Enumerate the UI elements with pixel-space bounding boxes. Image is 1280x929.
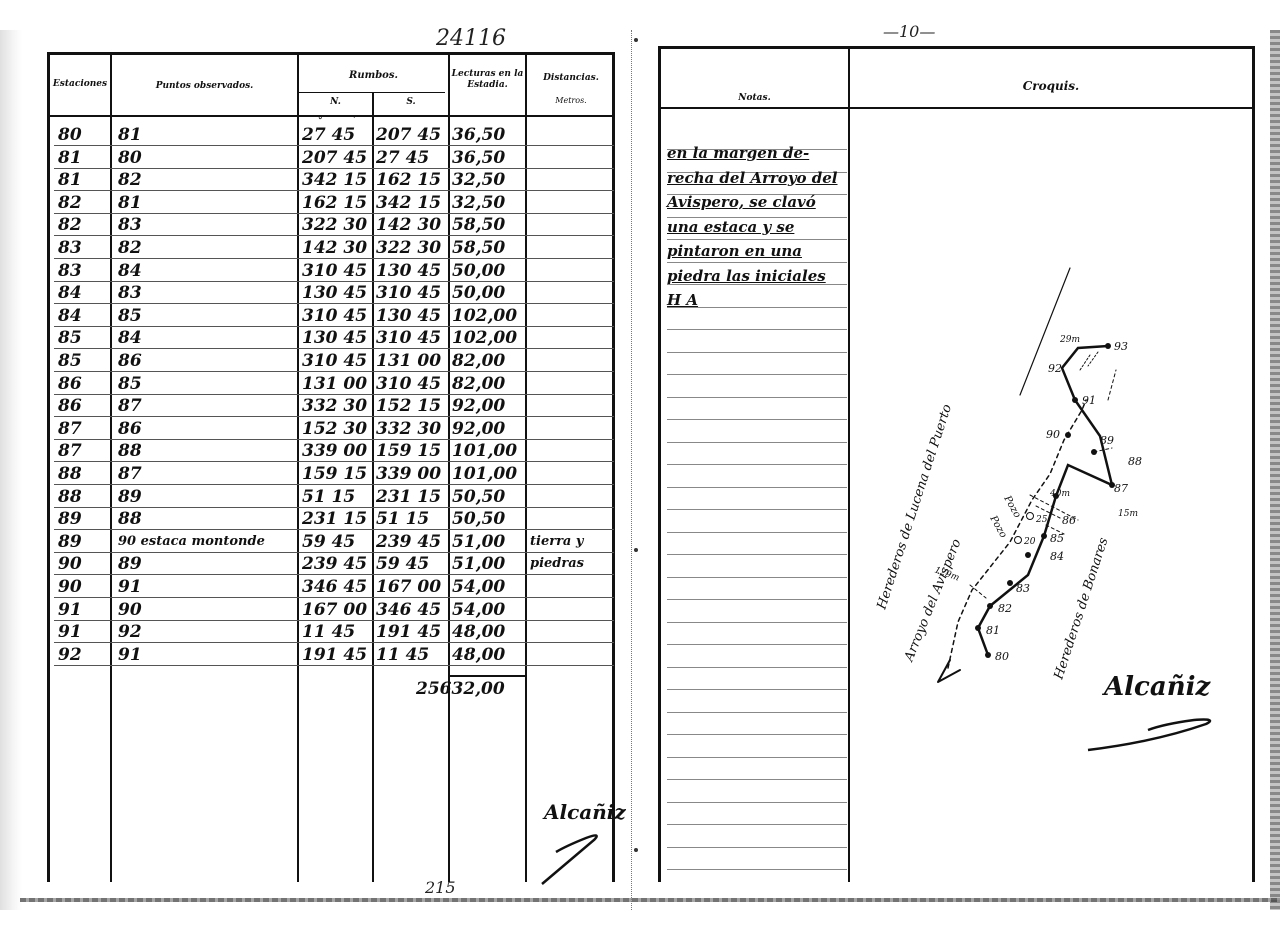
cell-s: 167 00	[376, 577, 441, 597]
cell-estacion: 82	[58, 193, 82, 213]
gutter-mark	[634, 548, 638, 552]
ruled-line	[667, 599, 847, 600]
column-divider	[372, 93, 374, 882]
ruled-line	[667, 554, 847, 555]
cell-estacion: 81	[58, 148, 82, 168]
cell-lectura: 48,00	[452, 622, 505, 642]
cell-lectura: 50,00	[452, 261, 505, 281]
cell-punto: 88	[118, 509, 142, 529]
cell-lectura: 51,00	[452, 532, 505, 552]
header-estaciones: Estaciones	[50, 79, 110, 90]
cell-lectura: 36,50	[452, 125, 505, 145]
ruled-line	[667, 802, 847, 803]
cell-s: 142 30	[376, 215, 441, 235]
cell-lectura: 102,00	[452, 328, 517, 348]
cell-lectura: 58,50	[452, 215, 505, 235]
note-line: recha del Arroyo del	[667, 169, 838, 187]
note-line: una estaca y se	[667, 218, 794, 236]
station-85: 85	[1050, 532, 1064, 545]
cell-lectura: 48,00	[452, 645, 505, 665]
cell-estacion: 85	[58, 351, 82, 371]
ruled-line	[667, 644, 847, 645]
cell-n: 159 15	[302, 464, 367, 484]
ruled-line	[667, 847, 847, 848]
note-line: H A	[667, 291, 698, 309]
cell-punto: 86	[118, 351, 142, 371]
cell-n: 346 45	[302, 577, 367, 597]
note-line: Avispero, se clavó	[667, 193, 816, 211]
row-rule	[54, 394, 614, 395]
cell-punto: 83	[118, 215, 142, 235]
cell-lectura: 50,00	[452, 283, 505, 303]
cell-s: 51 15	[376, 509, 429, 529]
ruled-line	[667, 532, 847, 533]
signature-flourish	[1084, 712, 1224, 756]
row-rule	[54, 348, 614, 349]
header-divider	[661, 107, 1252, 109]
note-line: en la margen de-	[667, 144, 809, 162]
cell-n: 342 15	[302, 170, 367, 190]
folio-number: 24116	[436, 26, 506, 51]
cell-punto: 91	[118, 577, 142, 597]
ruled-line	[667, 622, 847, 623]
cell-punto: 84	[118, 328, 142, 348]
cell-s: 152 15	[376, 396, 441, 416]
cell-lectura: 54,00	[452, 577, 505, 597]
ruled-line	[667, 869, 847, 870]
cell-estacion: 84	[58, 306, 82, 326]
cell-punto: 88	[118, 441, 142, 461]
row-rule	[54, 145, 614, 146]
gutter-mark	[634, 38, 638, 42]
cell-n: 207 45	[302, 148, 367, 168]
cell-lectura: 92,00	[452, 419, 505, 439]
ruled-line	[667, 262, 847, 263]
cell-n: 152 30	[302, 419, 367, 439]
ruled-line	[667, 712, 847, 713]
column-divider	[297, 55, 299, 882]
ruled-line	[667, 352, 847, 353]
cell-punto: 89	[118, 487, 142, 507]
cell-lectura: 51,00	[452, 554, 505, 574]
cell-s: 130 45	[376, 261, 441, 281]
cell-lectura: 58,50	[452, 238, 505, 258]
row-rule	[54, 507, 614, 508]
cell-n: 51 15	[302, 487, 355, 507]
station-89: 89	[1100, 434, 1114, 447]
pozo-label: Pozo	[1001, 493, 1023, 520]
cell-n: 310 45	[302, 306, 367, 326]
cell-s: 27 45	[376, 148, 429, 168]
ruled-line	[667, 667, 847, 668]
cell-lectura: 82,00	[452, 351, 505, 371]
cell-punto: 80	[118, 148, 142, 168]
station-80: 80	[995, 650, 1009, 663]
cell-n: 142 30	[302, 238, 367, 258]
cell-distancia: tierra y	[530, 532, 583, 552]
distance-label: 40m	[1049, 489, 1070, 499]
cell-punto: 90 estaca montonde	[118, 532, 265, 552]
station-90: 90	[1046, 428, 1060, 441]
cell-n: 130 45	[302, 283, 367, 303]
cell-lectura: 32,50	[452, 170, 505, 190]
cell-s: 310 45	[376, 328, 441, 348]
cell-n: 332 30	[302, 396, 367, 416]
ruled-line	[667, 442, 847, 443]
row-rule	[54, 213, 614, 214]
row-rule	[54, 461, 614, 462]
cell-punto: 92	[118, 622, 142, 642]
note-line: pintaron en una	[667, 242, 802, 260]
ruled-line	[667, 779, 847, 780]
station-82: 82	[998, 602, 1012, 615]
cell-punto: 87	[118, 396, 142, 416]
station-84: 84	[1050, 550, 1064, 563]
row-rule	[54, 326, 614, 327]
row-rule	[54, 552, 614, 553]
cell-lectura: 101,00	[452, 464, 517, 484]
cell-s: 231 15	[376, 487, 441, 507]
column-divider	[110, 55, 112, 882]
cell-s: 332 30	[376, 419, 441, 439]
cell-estacion: 91	[58, 622, 82, 642]
ruled-line	[667, 824, 847, 825]
cell-s: 207 45	[376, 125, 441, 145]
row-rule	[54, 574, 614, 575]
cell-s: 59 45	[376, 554, 429, 574]
distance-label: 15m	[1118, 509, 1138, 519]
arroyo-label: Arroyo del Avispero	[901, 537, 964, 665]
cell-lectura: 102,00	[452, 306, 517, 326]
cell-punto: 84	[118, 261, 142, 281]
cell-s: 310 45	[376, 283, 441, 303]
header-croquis: Croquis.	[851, 81, 1251, 92]
rumbos-divider	[297, 92, 445, 93]
station-88: 88	[1128, 455, 1142, 468]
gutter-mark	[634, 848, 638, 852]
row-rule	[54, 371, 614, 372]
cell-punto: 81	[118, 193, 142, 213]
ruled-line	[667, 689, 847, 690]
cell-n: 239 45	[302, 554, 367, 574]
cell-lectura: 50,50	[452, 487, 505, 507]
note-line: piedra las iniciales	[667, 267, 826, 285]
cell-estacion: 88	[58, 464, 82, 484]
signature-flourish	[536, 828, 616, 888]
ruled-line	[667, 577, 847, 578]
station-91: 91	[1082, 394, 1096, 407]
row-rule	[54, 303, 614, 304]
header-puntos: Puntos observados.	[112, 81, 297, 92]
cell-punto: 83	[118, 283, 142, 303]
ruled-line	[667, 757, 847, 758]
cell-punto: 87	[118, 464, 142, 484]
ruled-line	[667, 734, 847, 735]
row-rule	[54, 529, 614, 530]
total-value: 25632,00	[416, 679, 505, 699]
cell-punto: 85	[118, 374, 142, 394]
header-distancias: Distancias.	[527, 73, 615, 84]
header-lecturas: Lecturas en la Estadia.	[450, 69, 525, 91]
station-87: 87	[1114, 482, 1128, 495]
cell-estacion: 90	[58, 577, 82, 597]
row-rule	[54, 258, 614, 259]
cell-s: 162 15	[376, 170, 441, 190]
cell-n: 310 45	[302, 261, 367, 281]
column-divider	[448, 55, 450, 882]
cell-lectura: 54,00	[452, 600, 505, 620]
cell-s: 342 15	[376, 193, 441, 213]
cell-estacion: 80	[58, 125, 82, 145]
cell-punto: 82	[118, 238, 142, 258]
cell-n: 162 15	[302, 193, 367, 213]
cell-estacion: 84	[58, 283, 82, 303]
cell-s: 11 45	[376, 645, 429, 665]
cell-estacion: 83	[58, 261, 82, 281]
cell-s: 310 45	[376, 374, 441, 394]
ruled-line	[667, 419, 847, 420]
cell-estacion: 91	[58, 600, 82, 620]
ruled-line	[667, 329, 847, 330]
row-rule	[54, 665, 614, 666]
row-rule	[54, 439, 614, 440]
cell-estacion: 89	[58, 532, 82, 552]
ruled-line	[667, 487, 847, 488]
cell-lectura: 101,00	[452, 441, 517, 461]
cell-punto: 89	[118, 554, 142, 574]
cell-n: 339 00	[302, 441, 367, 461]
column-divider	[525, 55, 527, 882]
cell-s: 191 45	[376, 622, 441, 642]
row-rule	[54, 597, 614, 598]
signature-right: Alcañiz	[1104, 672, 1210, 702]
cell-s: 131 00	[376, 351, 441, 371]
ruled-line	[667, 509, 847, 510]
cell-estacion: 87	[58, 419, 82, 439]
cell-n: 310 45	[302, 351, 367, 371]
row-rule	[54, 620, 614, 621]
cell-s: 239 45	[376, 532, 441, 552]
cell-lectura: 92,00	[452, 396, 505, 416]
cell-s: 130 45	[376, 306, 441, 326]
ruled-line	[667, 239, 847, 240]
cell-lectura: 36,50	[452, 148, 505, 168]
cell-punto: 82	[118, 170, 142, 190]
cell-estacion: 82	[58, 215, 82, 235]
signature-left: Alcañiz	[544, 800, 626, 824]
cell-n: 11 45	[302, 622, 355, 642]
distance-label: 29m	[1059, 335, 1080, 345]
cell-estacion: 90	[58, 554, 82, 574]
header-notas: Notas.	[661, 93, 848, 104]
row-rule	[54, 190, 614, 191]
scan-edge-right	[1270, 30, 1280, 910]
cell-punto: 81	[118, 125, 142, 145]
cell-n: 27 45	[302, 125, 355, 145]
cell-estacion: 86	[58, 374, 82, 394]
distance-label: 20	[1023, 537, 1036, 547]
cell-s: 339 00	[376, 464, 441, 484]
cell-n: 322 30	[302, 215, 367, 235]
scan-edge-left	[0, 30, 22, 910]
cell-n: 131 00	[302, 374, 367, 394]
row-rule	[54, 642, 614, 643]
row-rule	[54, 484, 614, 485]
cell-n: 191 45	[302, 645, 367, 665]
row-rule	[54, 281, 614, 282]
station-93: 93	[1114, 340, 1128, 353]
row-rule	[54, 168, 614, 169]
header-distancias-unit: Metros.	[527, 95, 615, 106]
ruled-line	[667, 464, 847, 465]
cell-lectura: 50,50	[452, 509, 505, 529]
cell-s: 346 45	[376, 600, 441, 620]
ruled-line	[667, 397, 847, 398]
cell-n: 231 15	[302, 509, 367, 529]
cell-n: 167 00	[302, 600, 367, 620]
station-83: 83	[1016, 582, 1030, 595]
cell-lectura: 32,50	[452, 193, 505, 213]
pozo-label: Pozo	[987, 513, 1009, 540]
row-rule	[54, 416, 614, 417]
page-bottom-edge	[20, 898, 1280, 902]
cell-estacion: 85	[58, 328, 82, 348]
cell-n: 59 45	[302, 532, 355, 552]
cell-s: 322 30	[376, 238, 441, 258]
total-rule	[450, 675, 525, 677]
header-rumbos: Rumbos.	[299, 70, 448, 81]
cell-estacion: 89	[58, 509, 82, 529]
station-86: 86	[1062, 514, 1076, 527]
cell-estacion: 81	[58, 170, 82, 190]
right-page-number: —10—	[883, 22, 935, 41]
cell-punto: 90	[118, 600, 142, 620]
distance-label: 25	[1035, 515, 1048, 525]
cell-lectura: 82,00	[452, 374, 505, 394]
cell-punto: 86	[118, 419, 142, 439]
cell-estacion: 86	[58, 396, 82, 416]
cell-s: 159 15	[376, 441, 441, 461]
cell-estacion: 92	[58, 645, 82, 665]
cell-estacion: 87	[58, 441, 82, 461]
cell-estacion: 83	[58, 238, 82, 258]
ruled-line	[667, 374, 847, 375]
station-92: 92	[1048, 362, 1062, 375]
row-rule	[54, 235, 614, 236]
survey-sketch: 80 81 82 83 84 85 86 87 88 89 90 91 92 9…	[850, 260, 1250, 780]
header-n: N.	[299, 97, 372, 108]
cell-estacion: 88	[58, 487, 82, 507]
station-81: 81	[986, 624, 1000, 637]
book-gutter	[631, 30, 639, 910]
header-s: S.	[374, 97, 448, 108]
cell-distancia: piedras	[530, 554, 584, 574]
cell-punto: 91	[118, 645, 142, 665]
cell-punto: 85	[118, 306, 142, 326]
cell-n: 130 45	[302, 328, 367, 348]
survey-table: Estaciones Puntos observados. Rumbos. N.…	[47, 52, 615, 882]
